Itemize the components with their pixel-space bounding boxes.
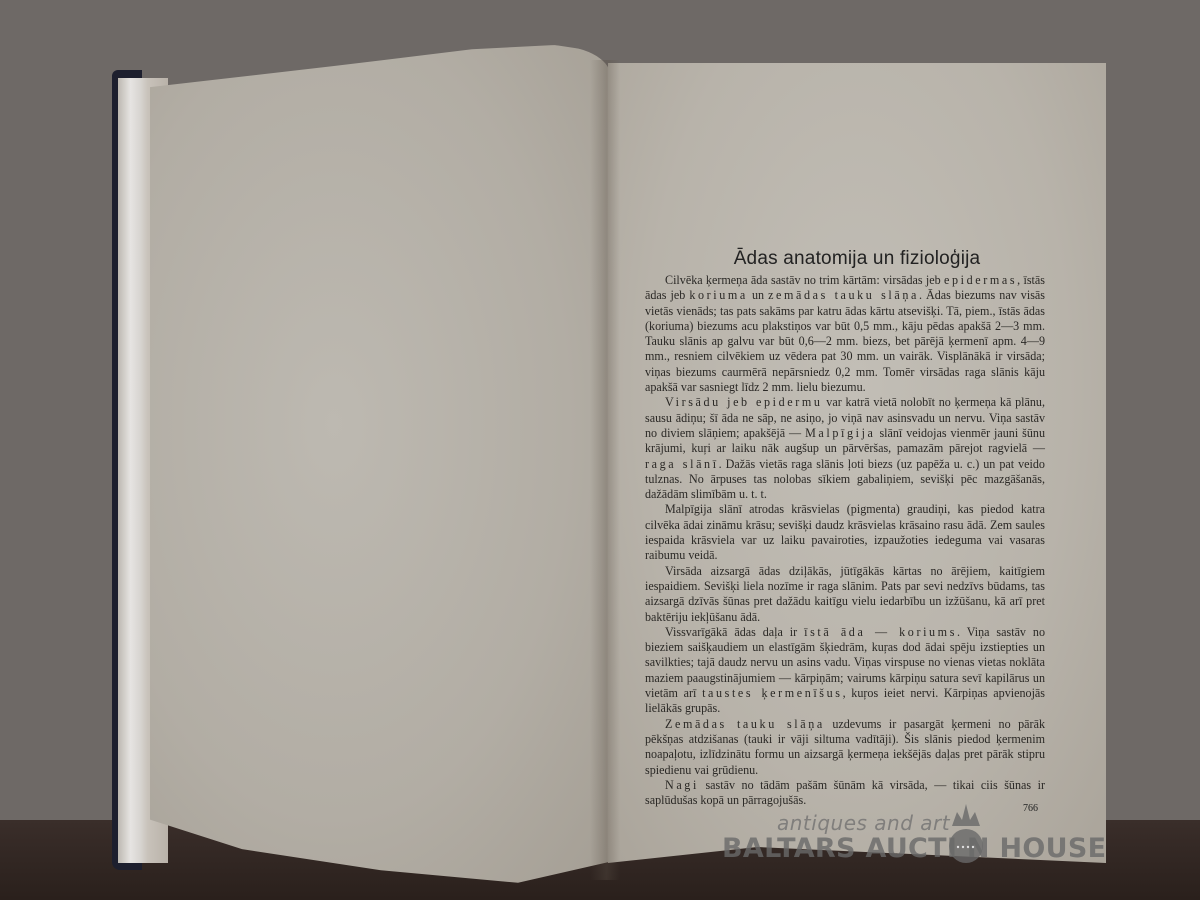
text-run: Vissvarīgākā ādas daļa ir: [665, 625, 804, 639]
spaced-term: zemādas tauku slāņa: [768, 288, 919, 302]
spaced-term: Nagi: [665, 778, 699, 792]
paragraph: Vissvarīgākā ādas daļa ir īstā āda — kor…: [645, 625, 1045, 717]
text-run: un: [748, 288, 768, 302]
page-title: Ādas anatomija un fizioloģija: [608, 248, 1106, 270]
spaced-term: īstā āda — koriums: [804, 625, 957, 639]
paragraph: Cilvēka ķermeņa āda sastāv no trim kārtā…: [645, 273, 1045, 395]
paragraph: Virsādu jeb epidermu var katrā vietā nol…: [645, 395, 1045, 502]
left-page-blank: [150, 45, 610, 887]
paragraph: Malpīgija slānī atrodas krāsvielas (pigm…: [645, 502, 1045, 563]
page-number: 766: [1023, 803, 1038, 814]
spaced-term: koriuma: [689, 288, 748, 302]
watermark-tagline: antiques and art: [777, 811, 950, 835]
spaced-term: epidermas: [944, 273, 1017, 287]
watermark-brand: BALTARS AUCTI N HOUSE: [722, 833, 1106, 864]
text-run: Malpīgija slānī atrodas krāsvielas (pigm…: [645, 502, 1045, 562]
spaced-term: taustes ķermenīšus: [702, 686, 843, 700]
paragraph: Virsāda aizsargā ādas dziļākās, jūtīgākā…: [645, 564, 1045, 625]
text-run: sastāv no tādām pašām šūnām kā virsāda, …: [645, 778, 1045, 807]
book-gutter: [590, 60, 620, 880]
paragraph: Nagi sastāv no tādām pašām šūnām kā virs…: [645, 778, 1045, 809]
paragraph: Zemādas tauku slāņa uzdevums ir pasargāt…: [645, 717, 1045, 778]
spaced-term: Zemādas tauku slāņa: [665, 717, 825, 731]
body-text: Cilvēka ķermeņa āda sastāv no trim kārtā…: [645, 273, 1045, 808]
spaced-term: Virsādu jeb epidermu: [665, 395, 823, 409]
text-run: Virsāda aizsargā ādas dziļākās, jūtīgākā…: [645, 564, 1045, 624]
text-run: . Ādas biezums nav visās vietās vienāds;…: [645, 288, 1045, 394]
spaced-term: raga slānī: [645, 457, 719, 471]
crown-logo-icon: [948, 804, 984, 866]
text-run: Cilvēka ķermeņa āda sastāv no trim kārtā…: [665, 273, 944, 287]
spaced-term: Malpīgija: [805, 426, 875, 440]
